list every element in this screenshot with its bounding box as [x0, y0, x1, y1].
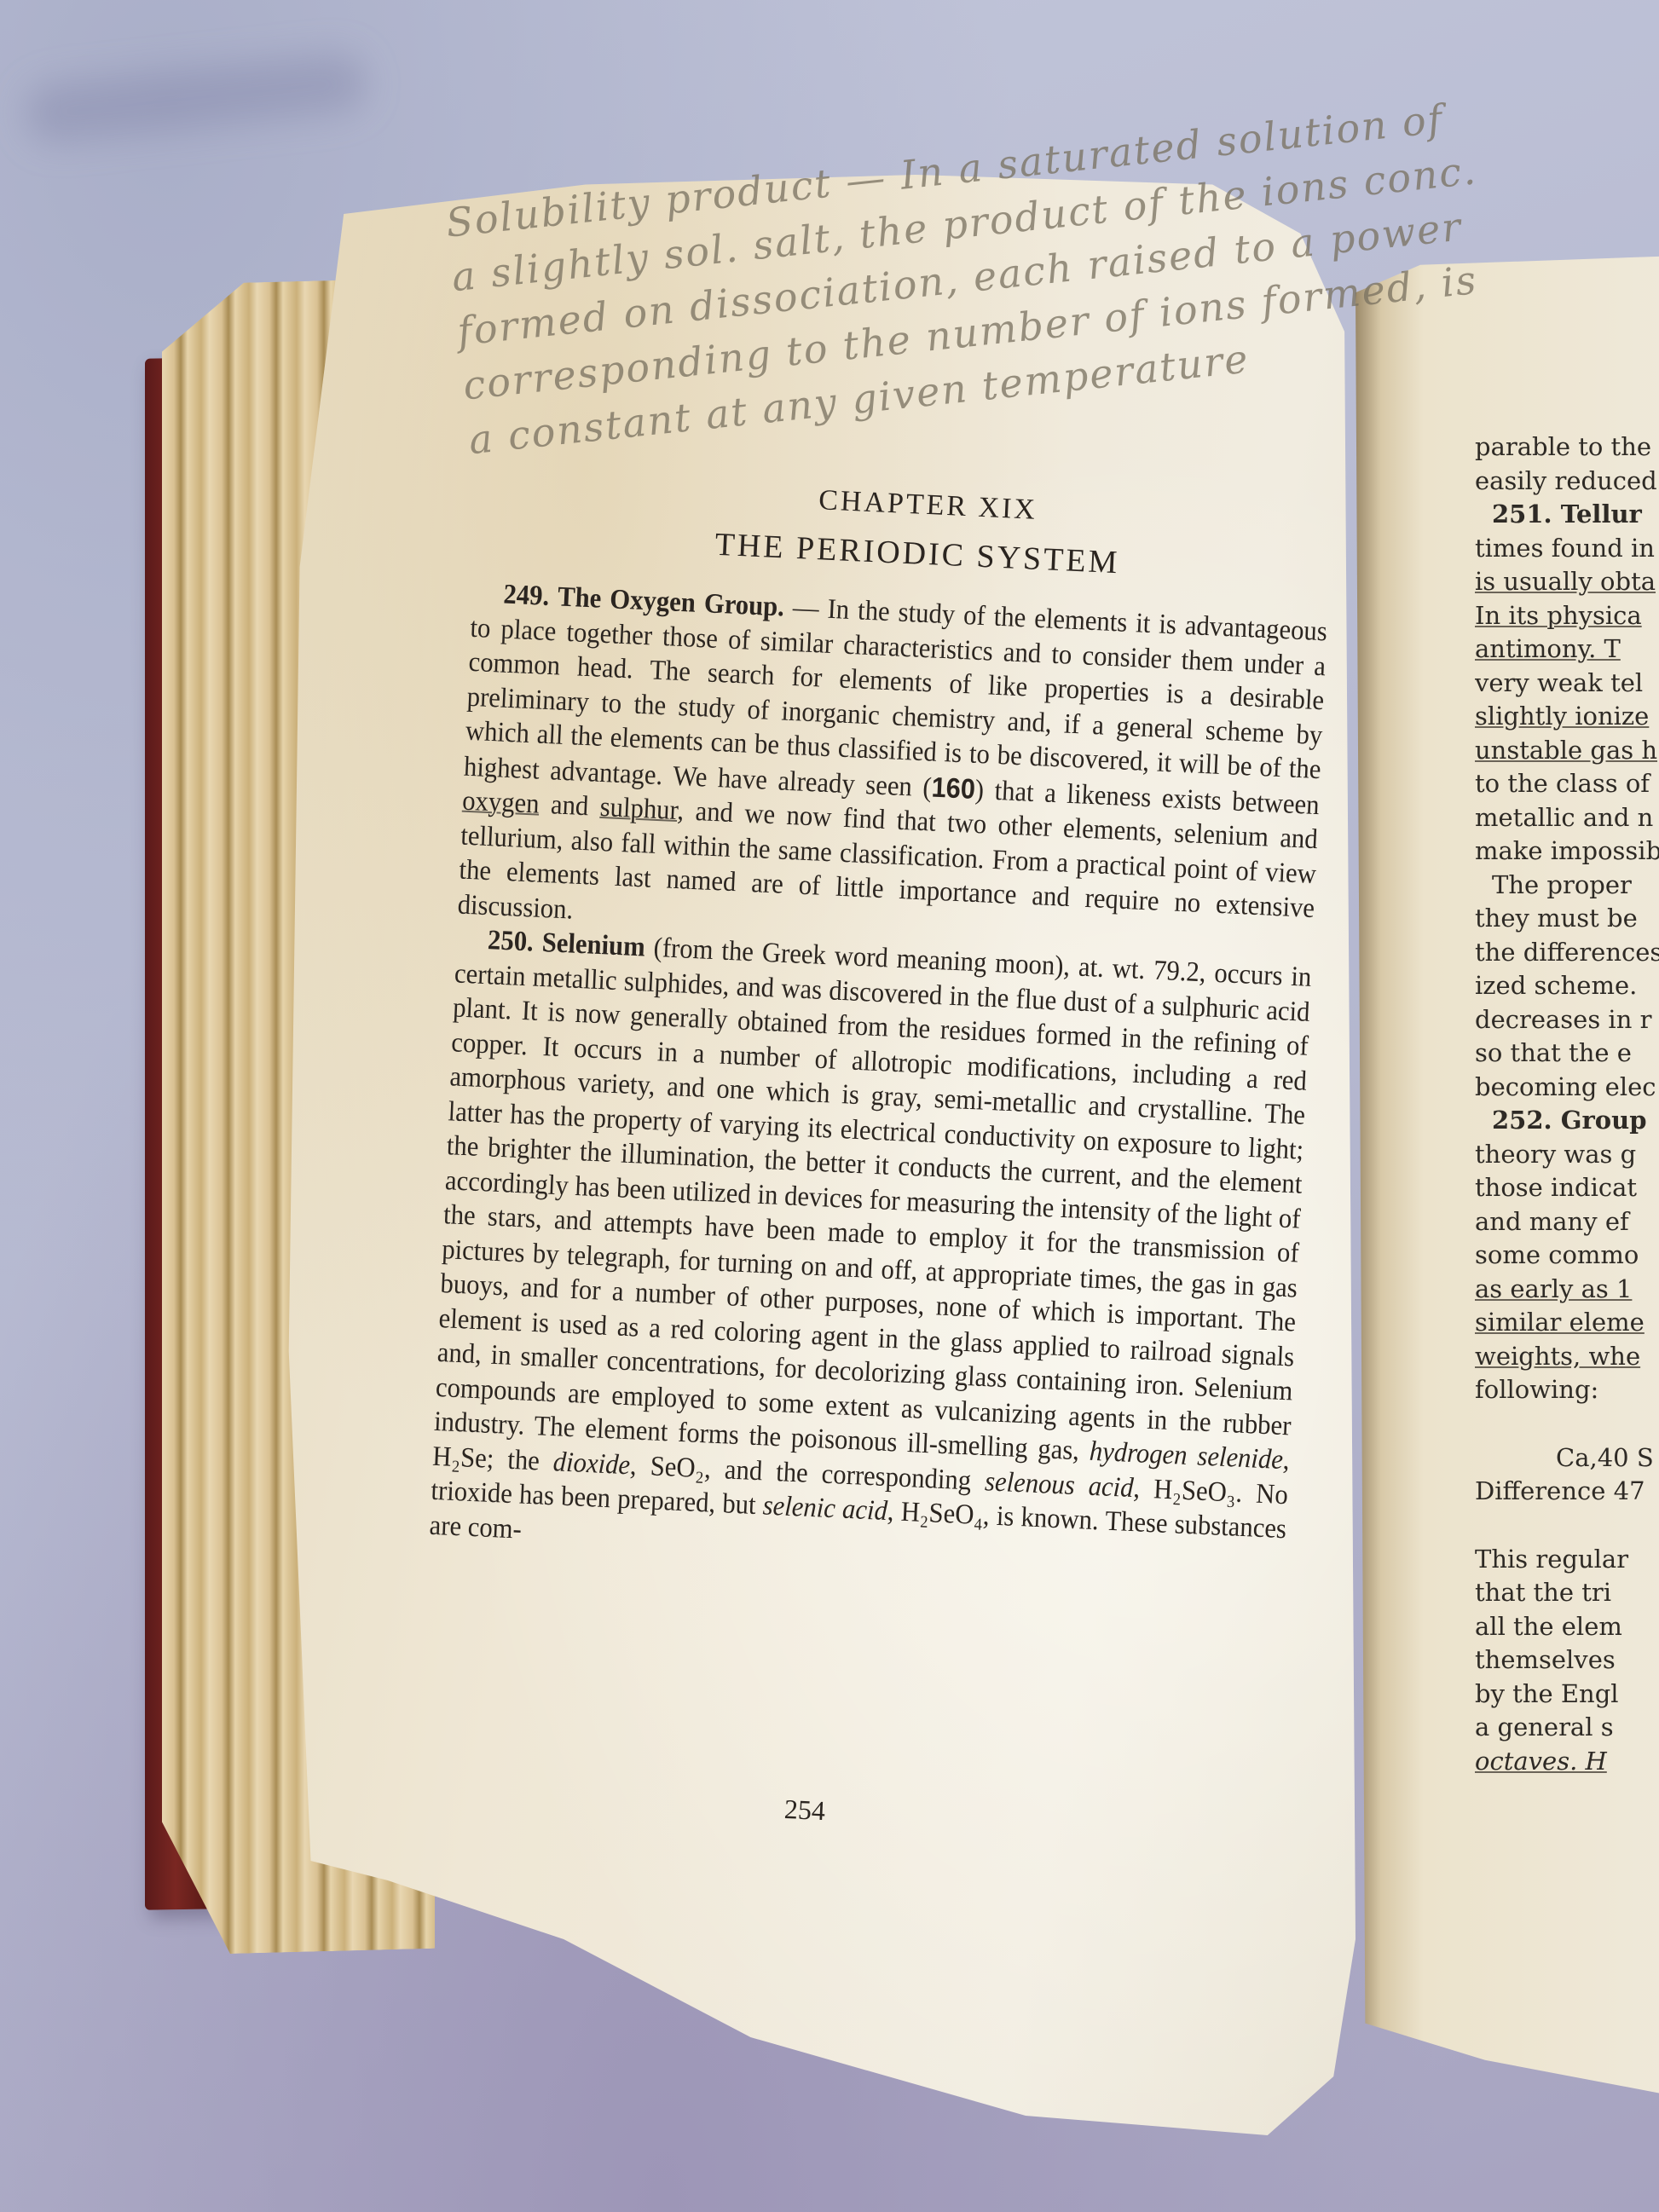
text-line: In its physica: [1475, 599, 1659, 633]
section-number: 250.: [487, 925, 534, 957]
text-line: and many ef: [1475, 1205, 1659, 1239]
shadow: [23, 50, 368, 145]
left-page-text: CHAPTER XIX THE PERIODIC SYSTEM 249. The…: [429, 469, 1329, 1581]
text-line: by the Engl: [1475, 1678, 1659, 1712]
formula-difference: Difference 47: [1475, 1475, 1659, 1509]
italic-term: hydrogen selenide: [1089, 1436, 1284, 1476]
spacer: [1475, 1509, 1659, 1543]
text-line: make impossib: [1475, 835, 1659, 869]
text-line: very weak tel: [1475, 667, 1659, 701]
text-line: similar eleme: [1475, 1306, 1659, 1340]
text-line: as early as 1: [1475, 1273, 1659, 1307]
section-250: 250. Selenium (from the Greek word meani…: [429, 921, 1312, 1581]
section-heading: Selenium: [541, 927, 646, 962]
right-page-text: parable to the easily reduced 251. Tellu…: [1475, 430, 1659, 1778]
text-line: a general s: [1475, 1711, 1659, 1745]
text-line: unstable gas h: [1475, 734, 1659, 768]
text-line: This regular: [1475, 1543, 1659, 1577]
text-line: antimony. T: [1475, 632, 1659, 667]
paragraph-text: In the study of the elements it is advan…: [463, 594, 1327, 803]
text-line: becoming elec: [1475, 1071, 1659, 1105]
text-line: the differences: [1475, 936, 1659, 970]
paragraph-text: and: [539, 789, 601, 823]
section-heading-252: 252. Group: [1475, 1104, 1659, 1138]
text-line: those indicat: [1475, 1171, 1659, 1205]
text-line: parable to the: [1475, 430, 1659, 465]
text-line: metallic and n: [1475, 801, 1659, 835]
text-line: ized scheme.: [1475, 969, 1659, 1003]
text-line: times found in: [1475, 532, 1659, 566]
section-heading: The Oxygen Group.: [557, 581, 784, 622]
page-number: 254: [783, 1793, 826, 1827]
text-line: decreases in r: [1475, 1003, 1659, 1037]
text-line: following:: [1475, 1373, 1659, 1407]
section-heading-251: 251. Tellur: [1475, 498, 1659, 532]
section-249: 249. The Oxygen Group. — In the study of…: [457, 576, 1328, 961]
section-number: 249.: [503, 580, 550, 612]
text-line: octaves. H: [1475, 1745, 1659, 1779]
cross-reference: 160: [931, 771, 976, 804]
underlined-word: oxygen: [461, 786, 540, 820]
italic-term: dioxide: [552, 1447, 631, 1481]
text-line: easily reduced: [1475, 465, 1659, 499]
text-line: so that the e: [1475, 1037, 1659, 1071]
dash: —: [783, 592, 828, 625]
book-photo-scene: Solubility product — In a saturated solu…: [0, 0, 1659, 2212]
text-line: weights, whe: [1475, 1340, 1659, 1374]
italic-term: selenic acid: [762, 1490, 888, 1527]
text-line: they must be: [1475, 902, 1659, 936]
text-line: theory was g: [1475, 1138, 1659, 1172]
paragraph-text: (from the Greek word meaning moon), at. …: [433, 933, 1312, 1467]
text-line: to the class of: [1475, 767, 1659, 801]
formula-line: Ca,40 S: [1475, 1441, 1659, 1476]
text-line: The proper: [1475, 869, 1659, 903]
italic-term: selenous acid: [984, 1466, 1134, 1504]
spacer: [1475, 1407, 1659, 1441]
text-line: some commo: [1475, 1239, 1659, 1273]
text-line: that the tri: [1475, 1576, 1659, 1610]
text-line: all the elem: [1475, 1610, 1659, 1644]
text-line: is usually obta: [1475, 565, 1659, 599]
underlined-word: sulphur: [599, 792, 678, 826]
text-line: themselves: [1475, 1643, 1659, 1678]
text-line: slightly ionize: [1475, 700, 1659, 734]
